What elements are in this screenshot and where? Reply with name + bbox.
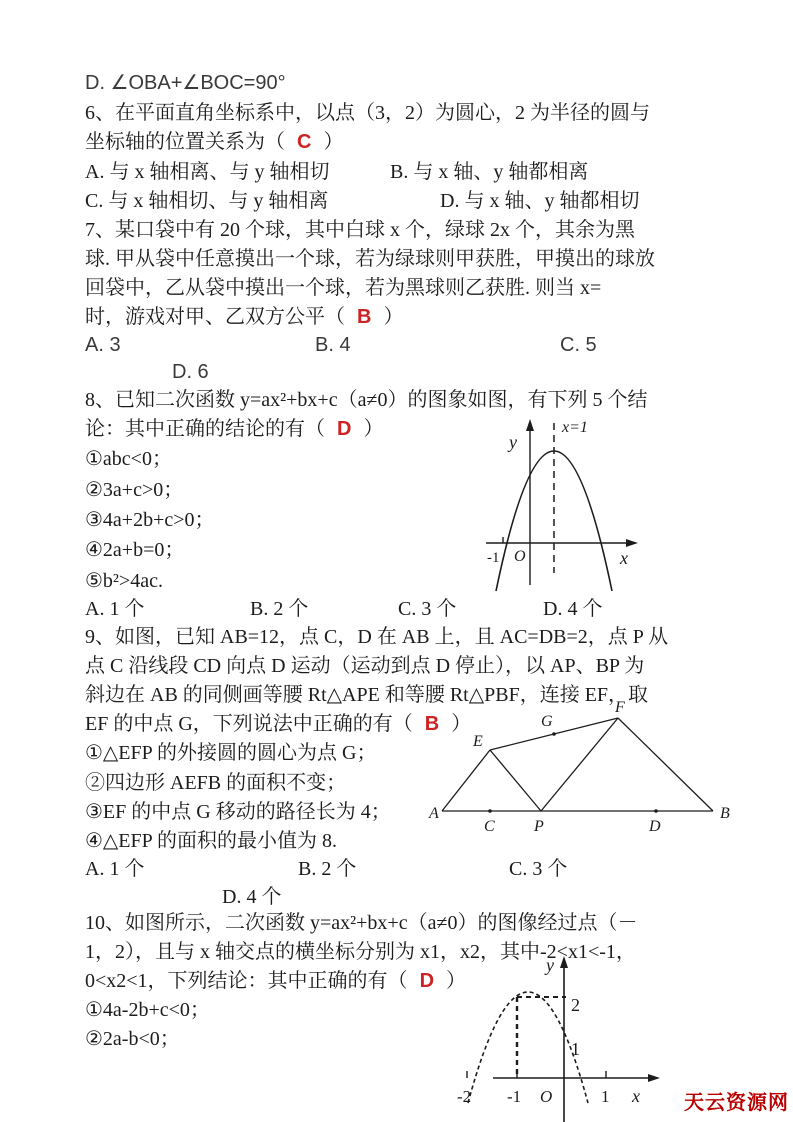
q9-option-c: C. 3 个 [509,856,567,882]
q10-item-1: ①4a-2b+c<0； [85,997,210,1023]
q10-x-axis-arrow-icon [648,1074,660,1082]
q9-stem-line2: 点 C 沿线段 CD 向点 D 运动（运动到点 D 停止），以 AP、BP 为 [85,653,644,679]
q7-option-d: D. 6 [172,359,209,385]
q8-item-2: ②3a+c>0； [85,477,183,503]
q9-label-D: D [648,818,661,835]
q9-point-C-dot [488,809,492,813]
q10-label-neg1: -1 [507,1087,521,1106]
q8-stem-line2-text: 论：其中正确的结论的有（ [85,418,325,440]
q8-label-x-equals-1: x=1 [561,419,588,436]
q6-option-b: B. 与 x 轴、y 轴都相离 [390,159,588,185]
q9-label-A: A [428,805,439,822]
q10-stem-line3-text: 0<x2<1，下列结论：其中正确的有（ [85,970,408,992]
q9-segment-FB [618,718,713,811]
q10-label-origin: O [540,1087,552,1106]
q10-label-neg2: -2 [457,1087,471,1106]
q9-option-a: A. 1 个 [85,858,144,880]
q9-options-row1: A. 1 个 B. 2 个 C. 3 个 [85,856,144,882]
q8-item-5: ⑤b²>4ac. [85,568,163,594]
q9-label-G: G [541,713,553,730]
q6-answer: C [285,131,323,153]
q6-stem-line2-text: 坐标轴的位置关系为（ [85,131,285,153]
q9-option-b: B. 2 个 [298,856,356,882]
q9-label-C: C [484,818,495,835]
q10-parabola-figure: y 2 1 -2 -1 O 1 x [438,955,688,1122]
q10-label-pos1: 1 [601,1087,610,1106]
q6-option-a: A. 与 x 轴相离、与 y 轴相切 [85,161,329,183]
q8-stem-line2: 论：其中正确的结论的有（D） [85,416,383,442]
q9-label-F: F [614,699,625,716]
q8-label-x: x [619,548,628,568]
q8-item-1: ①abc<0； [85,446,172,472]
q8-y-axis-arrow-icon [526,419,534,431]
q8-option-a: A. 1 个 [85,598,144,620]
q8-label-neg1: -1 [487,550,500,566]
q7-option-a: A. 3 [85,334,121,356]
q10-item-2: ②2a-b<0； [85,1026,180,1052]
q9-label-E: E [472,733,483,750]
q9-stem-line1: 9、如图，已知 AB=12，点 C，D 在 AB 上，且 AC=DB=2，点 P… [85,624,668,650]
q9-stem-line4-text: EF 的中点 G，下列说法中正确的有（ [85,713,413,735]
q9-item-3: ③EF 的中点 G 移动的路径长为 4； [85,799,391,825]
q9-segment-AE [442,750,490,811]
q8-label-y: y [507,432,517,452]
q9-segment-EP [490,750,541,811]
q8-option-c: C. 3 个 [398,596,456,622]
q9-triangle-figure: A B C P D E F G [428,698,740,840]
q9-item-2: ②四边形 AEFB 的面积不变； [85,770,346,796]
q8-x-axis-arrow-icon [626,539,638,547]
q7-stem-line4-text: 时，游戏对甲、乙双方公平（ [85,306,345,328]
q7-stem-line1: 7、某口袋中有 20 个球，其中白球 x 个，绿球 2x 个，其余为黑 [85,217,635,243]
q8-item-4: ④2a+b=0； [85,537,184,563]
q10-parabola-svg: y 2 1 -2 -1 O 1 x [438,955,688,1122]
q10-parabola-curve [468,992,588,1103]
q6-option-d: D. 与 x 轴、y 轴都相切 [440,188,639,214]
watermark-text: 天云资源网 [684,1086,789,1115]
q8-close-paren: ） [363,418,383,440]
q7-close-paren: ） [383,306,403,328]
document-page: D. ∠OBA+∠BOC=90° 6、在平面直角坐标系中，以点（3，2）为圆心，… [0,0,793,1122]
q8-item-3: ③4a+2b+c>0； [85,507,215,533]
q9-option-d: D. 4 个 [222,884,281,910]
q10-label-1: 1 [571,1039,580,1059]
q10-stem-line1: 10、如图所示，二次函数 y=ax²+bx+c（a≠0）的图像经过点（－ [85,910,637,936]
q9-label-B: B [720,805,730,822]
q9-item-1: ①△EFP 的外接圆的圆心为点 G； [85,740,376,766]
q7-stem-line2: 球. 甲从袋中任意摸出一个球，若为绿球则甲获胜，甲摸出的球放 [85,246,655,272]
q9-stem-line4: EF 的中点 G，下列说法中正确的有（B） [85,711,471,737]
q10-label-2: 2 [571,995,580,1015]
q9-point-G-dot [552,732,556,736]
q6-option-c: C. 与 x 轴相切、与 y 轴相离 [85,190,328,212]
q8-parabola-figure: x=1 y O -1 x [478,413,743,605]
q6-options-row1: A. 与 x 轴相离、与 y 轴相切 B. 与 x 轴、y 轴都相离 [85,159,329,185]
q6-close-paren: ） [323,131,343,153]
q6-stem-line2: 坐标轴的位置关系为（C） [85,129,343,155]
q8-option-b: B. 2 个 [250,596,308,622]
q8-options-row: A. 1 个 B. 2 个 C. 3 个 D. 4 个 [85,596,144,622]
q9-triangle-svg: A B C P D E F G [428,698,740,840]
q7-option-c: C. 5 [560,332,597,358]
q7-options-row1: A. 3 B. 4 C. 5 [85,332,121,358]
q8-stem-line1: 8、已知二次函数 y=ax²+bx+c（a≠0）的图象如图，有下列 5 个结 [85,387,647,413]
q8-parabola-svg: x=1 y O -1 x [478,413,743,605]
q9-item-4: ④△EFP 的面积的最小值为 8. [85,828,337,854]
q10-label-x: x [631,1086,640,1106]
q8-label-origin: O [514,548,526,565]
q7-answer: B [345,306,383,328]
q10-label-y: y [544,955,554,975]
prev-option-d: D. ∠OBA+∠BOC=90° [85,70,286,96]
q7-option-b: B. 4 [315,332,351,358]
q6-options-row2: C. 与 x 轴相切、与 y 轴相离 D. 与 x 轴、y 轴都相切 [85,188,328,214]
q9-segment-PF [541,718,618,811]
q6-stem-line1: 6、在平面直角坐标系中，以点（3，2）为圆心，2 为半径的圆与 [85,100,650,126]
q9-label-P: P [533,818,544,835]
q7-stem-line4: 时，游戏对甲、乙双方公平（B） [85,304,403,330]
q10-stem-line3: 0<x2<1，下列结论：其中正确的有（D） [85,968,466,994]
q9-point-D-dot [654,809,658,813]
q7-stem-line3: 回袋中，乙从袋中摸出一个球，若为黑球则乙获胜. 则当 x= [85,275,601,301]
q10-y-axis-arrow-icon [560,956,568,968]
q8-answer: D [325,418,363,440]
